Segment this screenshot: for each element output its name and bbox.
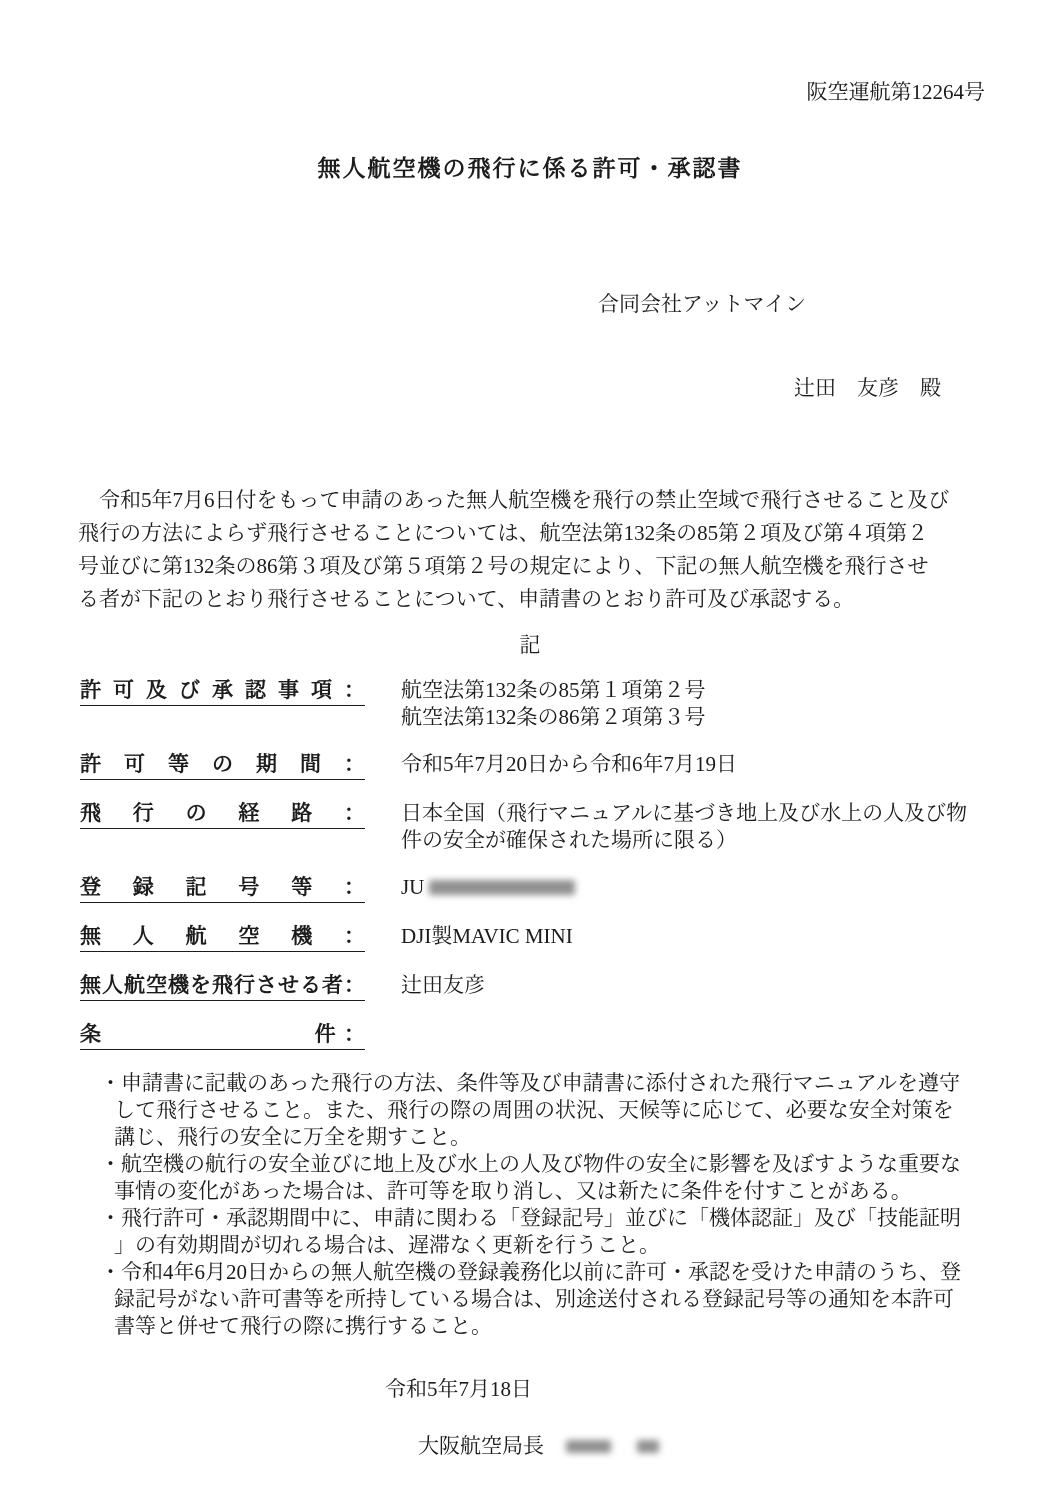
recipient-block: 合同会社アットマイン 辻田 友彦 殿: [0, 234, 1060, 458]
condition-line: 書等と併せて飛行の際に携行すること。: [100, 1313, 985, 1340]
issuer-title: 大阪航空局長: [418, 1434, 544, 1458]
detail-row-permit-period: 許可等の期間： 令和5年7月20日から令和6年7月19日: [80, 751, 1060, 780]
signature-line: 大阪航空局長: [418, 1433, 1060, 1460]
detail-value: 令和5年7月20日から令和6年7月19日: [401, 751, 987, 778]
detail-value: JU: [401, 874, 987, 901]
detail-value-line: 航空法第132条の85第１項第２号: [401, 677, 987, 704]
permit-document: 阪空運航第12264号 無人航空機の飛行に係る許可・承認書 合同会社アットマイン…: [0, 0, 1060, 1500]
condition-line: ・飛行許可・承認期間中に、申請に関わる「登録記号」並びに「機体認証」及び「技能証…: [100, 1205, 985, 1232]
condition-line: 録記号がない許可書等を所持している場合は、別途送付される登録記号等の通知を本許可: [100, 1286, 985, 1313]
ki-heading: 記: [0, 632, 1060, 659]
detail-label: 無人航空機：: [80, 923, 365, 952]
page-title: 無人航空機の飛行に係る許可・承認書: [0, 154, 1060, 184]
detail-row-conditions-heading: 条 件：: [80, 1021, 1060, 1050]
condition-line: ・申請書に記載のあった飛行の方法、条件等及び申請書に添付された飛行マニュアルを遵…: [100, 1070, 985, 1097]
condition-line: 事情の変化があった場合は、許可等を取り消し、又は新たに条件を付すことがある。: [100, 1178, 985, 1205]
registration-prefix: JU: [401, 875, 424, 899]
recipient-name: 辻田 友彦 殿: [794, 374, 1060, 402]
detail-label: 許可及び承認事項：: [80, 677, 365, 706]
detail-value-line: 航空法第132条の86第２項第３号: [401, 704, 987, 731]
issue-date: 令和5年7月18日: [385, 1376, 1060, 1403]
preamble-paragraph: 令和5年7月6日付をもって申請のあった無人航空機を飛行の禁止空域で飛行させること…: [78, 484, 985, 616]
doc-number: 阪空運航第12264号: [0, 0, 1060, 104]
condition-item: ・航空機の航行の安全並びに地上及び水上の人及び物件の安全に影響を及ぼすような重要…: [100, 1151, 985, 1205]
preamble-line: 令和5年7月6日付をもって申請のあった無人航空機を飛行の禁止空域で飛行させること…: [78, 484, 985, 517]
condition-line: 」の有効期間が切れる場合は、遅滞なく更新を行うこと。: [100, 1232, 985, 1259]
condition-line: ・令和4年6月20日からの無人航空機の登録義務化以前に許可・承認を受けた申請のう…: [100, 1259, 985, 1286]
preamble-line: る者が下記のとおり飛行させることについて、申請書のとおり許可及び承認する。: [78, 583, 985, 616]
condition-item: ・申請書に記載のあった飛行の方法、条件等及び申請書に添付された飛行マニュアルを遵…: [100, 1070, 985, 1151]
detail-label: 登録記号等：: [80, 874, 365, 903]
detail-label: 飛行の経路：: [80, 800, 365, 829]
detail-row-flight-route: 飛行の経路： 日本全国（飛行マニュアルに基づき地上及び水上の人及び物 件の安全が…: [80, 800, 1060, 854]
detail-value: 日本全国（飛行マニュアルに基づき地上及び水上の人及び物 件の安全が確保された場所…: [401, 800, 987, 854]
condition-line: して飛行させること。また、飛行の際の周囲の状況、天候等に応じて、必要な安全対策を: [100, 1097, 985, 1124]
detail-label: 条 件：: [80, 1021, 365, 1050]
detail-row-operator: 無人航空機を飛行させる者： 辻田友彦: [80, 972, 1060, 1001]
condition-line: ・航空機の航行の安全並びに地上及び水上の人及び物件の安全に影響を及ぼすような重要…: [100, 1151, 985, 1178]
condition-item: ・飛行許可・承認期間中に、申請に関わる「登録記号」並びに「機体認証」及び「技能証…: [100, 1205, 985, 1259]
detail-value: 辻田友彦: [401, 972, 987, 999]
redacted-signer-given-name: [637, 1440, 659, 1453]
detail-value-line: 辻田友彦: [401, 972, 987, 999]
detail-label: 許可等の期間：: [80, 751, 365, 780]
recipient-company: 合同会社アットマイン: [598, 290, 1060, 318]
condition-line: 講じ、飛行の安全に万全を期すこと。: [100, 1124, 985, 1151]
detail-value-line: 令和5年7月20日から令和6年7月19日: [401, 751, 987, 778]
preamble-line: 号並びに第132条の86第３項及び第５項第２号の規定により、下記の無人航空機を飛…: [78, 550, 985, 583]
redacted-signer-surname: [566, 1440, 611, 1453]
detail-value-line: DJI製MAVIC MINI: [401, 923, 987, 950]
detail-value: 航空法第132条の85第１項第２号 航空法第132条の86第２項第３号: [401, 677, 987, 731]
detail-value-line: 日本全国（飛行マニュアルに基づき地上及び水上の人及び物: [401, 800, 987, 827]
redacted-registration-number: [429, 880, 575, 895]
detail-row-approved-items: 許可及び承認事項： 航空法第132条の85第１項第２号 航空法第132条の86第…: [80, 677, 1060, 731]
detail-label: 無人航空機を飛行させる者：: [80, 972, 365, 1001]
detail-row-uav-model: 無人航空機： DJI製MAVIC MINI: [80, 923, 1060, 952]
detail-value: DJI製MAVIC MINI: [401, 923, 987, 950]
conditions-list: ・申請書に記載のあった飛行の方法、条件等及び申請書に添付された飛行マニュアルを遵…: [100, 1070, 985, 1340]
detail-row-registration: 登録記号等： JU: [80, 874, 1060, 903]
condition-item: ・令和4年6月20日からの無人航空機の登録義務化以前に許可・承認を受けた申請のう…: [100, 1259, 985, 1340]
preamble-line: 飛行の方法によらず飛行させることについては、航空法第132条の85第２項及び第４…: [78, 517, 985, 550]
details-section: 許可及び承認事項： 航空法第132条の85第１項第２号 航空法第132条の86第…: [80, 677, 1060, 1050]
detail-value-line: 件の安全が確保された場所に限る）: [401, 827, 987, 854]
